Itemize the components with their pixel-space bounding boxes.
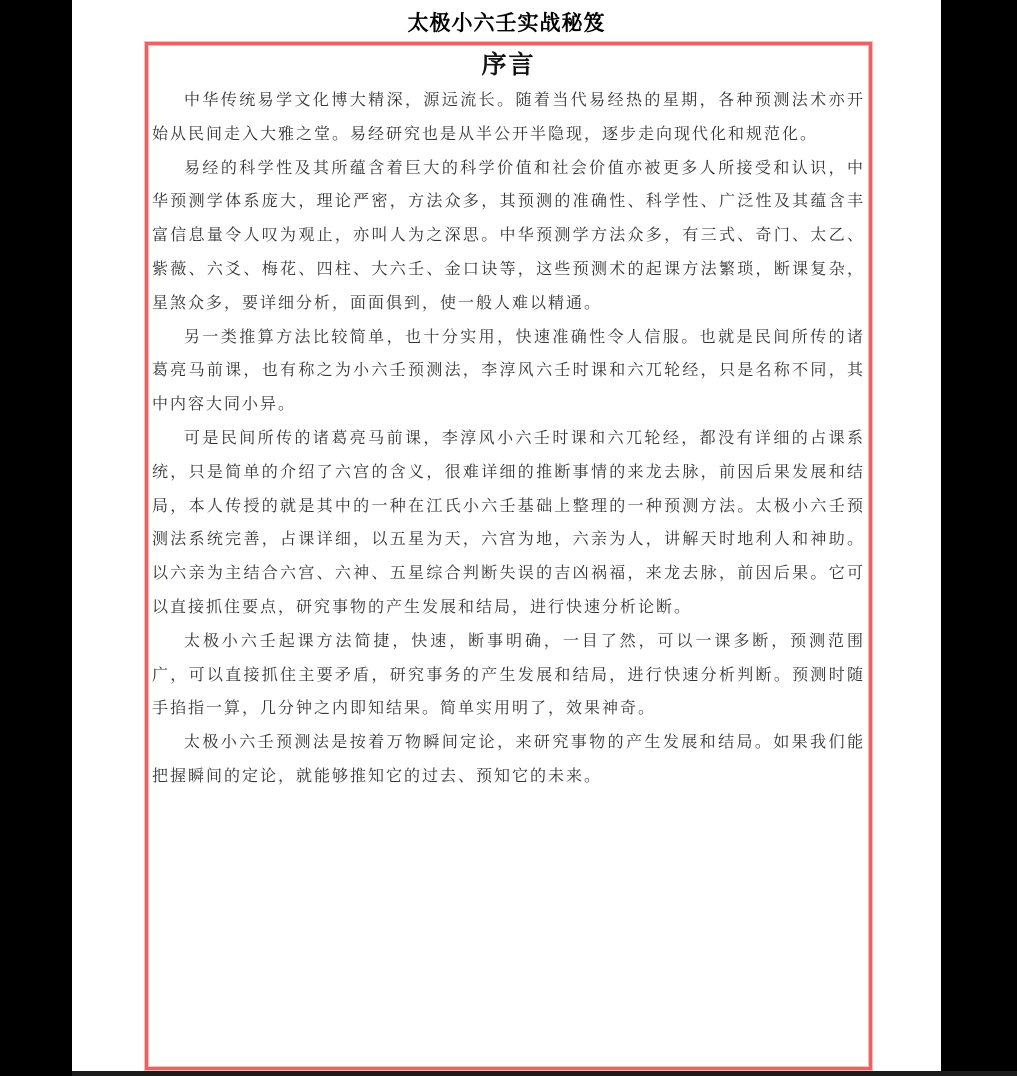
paragraph: 可是民间所传的诸葛亮马前课，李淳风小六壬时课和六兀轮经，都没有详细的占课系统，只… (152, 421, 865, 624)
paragraph: 太极小六壬起课方法简捷，快速，断事明确，一目了然，可以一课多断，预测范围广，可以… (152, 624, 865, 725)
body-text: 中华传统易学文化博大精深，源远流长。随着当代易经热的星期，各种预测法术亦开始从民… (148, 83, 869, 793)
bottom-page-edge (72, 1071, 1017, 1076)
right-black-margin-bar (941, 0, 1017, 1076)
paragraph: 太极小六壬预测法是按着万物瞬间定论，来研究事物的产生发展和结局。如果我们能把握瞬… (152, 725, 865, 793)
section-heading: 序言 (148, 48, 869, 81)
left-black-margin-bar (0, 0, 72, 1076)
screenshot-stage: 太极小六壬实战秘笈 序言 中华传统易学文化博大精深，源远流长。随着当代易经热的星… (0, 0, 1017, 1076)
paragraph: 中华传统易学文化博大精深，源远流长。随着当代易经热的星期，各种预测法术亦开始从民… (152, 83, 865, 151)
content-border-box: 序言 中华传统易学文化博大精深，源远流长。随着当代易经热的星期，各种预测法术亦开… (145, 42, 872, 1070)
document-page: 太极小六壬实战秘笈 序言 中华传统易学文化博大精深，源远流长。随着当代易经热的星… (72, 0, 941, 1071)
paragraph: 另一类推算方法比较简单，也十分实用，快速准确性令人信服。也就是民间所传的诸葛亮马… (152, 320, 865, 421)
paragraph: 易经的科学性及其所蕴含着巨大的科学价值和社会价值亦被更多人所接受和认识，中华预测… (152, 151, 865, 320)
document-title: 太极小六壬实战秘笈 (72, 0, 941, 37)
